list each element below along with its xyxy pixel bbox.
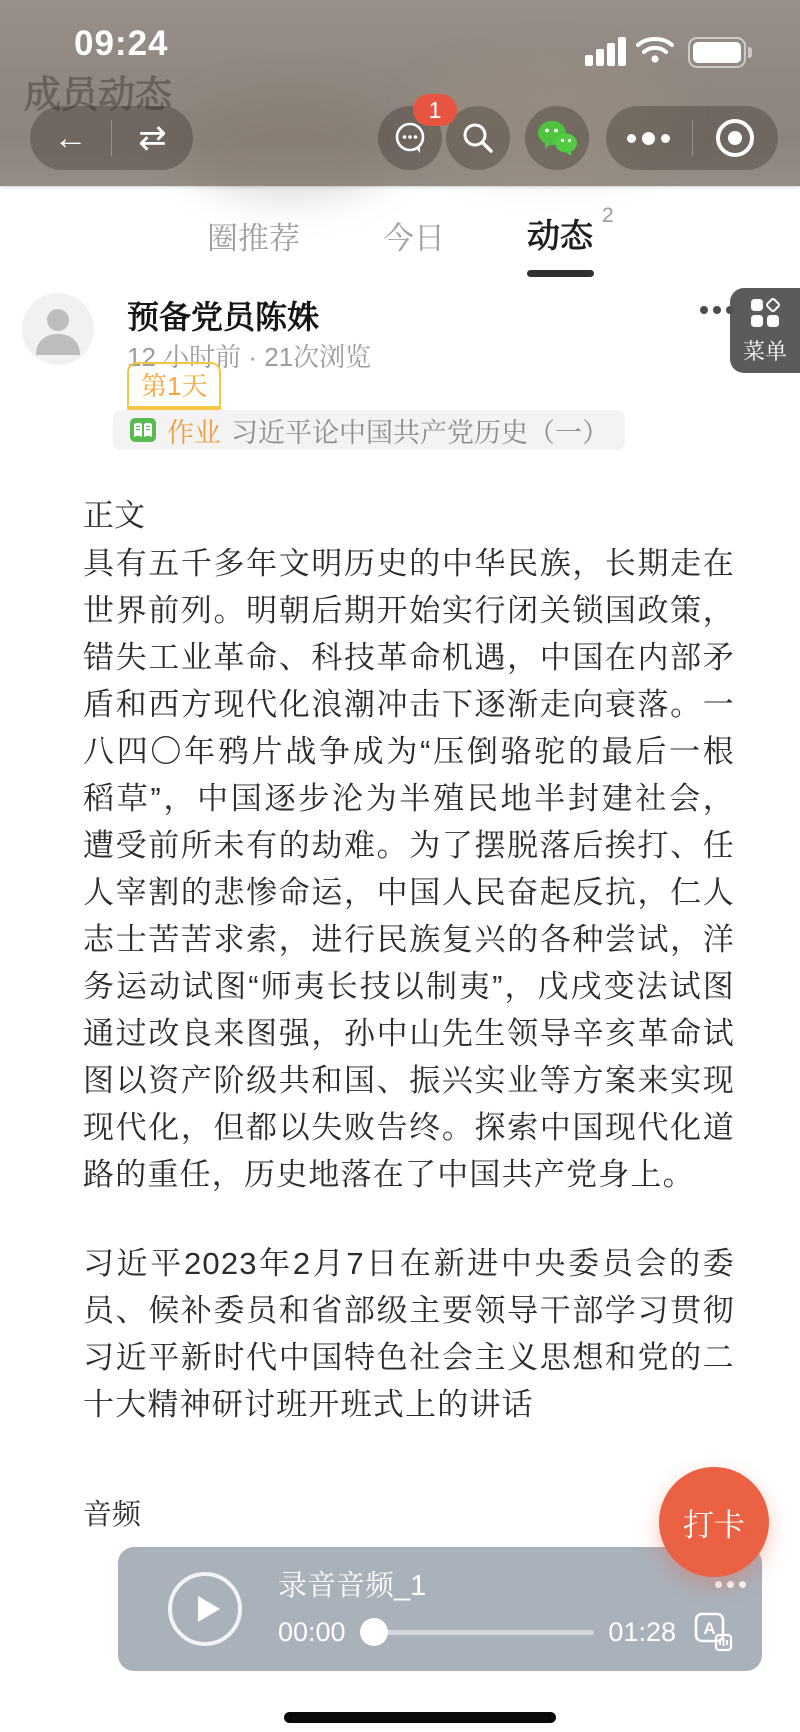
- person-silhouette-icon: [22, 293, 94, 365]
- current-time: 00:00: [278, 1617, 346, 1648]
- nav-left-capsule: ← ⇄: [30, 106, 193, 170]
- active-tab-underline: [527, 270, 594, 277]
- article-paragraph: 习近平2023年2月7日在新进中央委员会的委员、候补委员和省部级主要领导干部学习…: [83, 1240, 735, 1428]
- seek-thumb[interactable]: [360, 1618, 388, 1646]
- switch-arrows-icon: ⇄: [138, 121, 167, 155]
- search-icon: [460, 120, 496, 156]
- audio-to-text-icon[interactable]: A: [690, 1609, 736, 1655]
- seek-track: [372, 1630, 595, 1635]
- audio-section-label: 音频: [83, 1492, 141, 1533]
- home-indicator-bar: [284, 1712, 556, 1723]
- play-icon: [198, 1596, 220, 1622]
- more-options-button[interactable]: [606, 106, 692, 170]
- close-miniprogram-button[interactable]: [693, 106, 779, 170]
- post-options-button[interactable]: [700, 306, 734, 314]
- back-arrow-icon: ←: [54, 121, 88, 155]
- app-header: 成员动态 09:24 ← ⇄: [0, 0, 800, 186]
- tab-moments-count: 2: [602, 204, 614, 228]
- wifi-icon: [636, 36, 674, 69]
- avatar[interactable]: [22, 293, 94, 365]
- audio-title: 录音音频_1: [278, 1563, 426, 1604]
- audio-more-dots-icon[interactable]: [715, 1581, 746, 1588]
- day-badge: 第1天: [127, 362, 221, 416]
- tab-today[interactable]: 今日: [383, 213, 445, 258]
- tab-moments[interactable]: 动态: [527, 210, 593, 257]
- wechat-share-button[interactable]: [525, 106, 589, 170]
- tag-label: 作业: [167, 411, 221, 450]
- duration: 01:28: [608, 1617, 676, 1648]
- menu-label: 菜单: [743, 335, 787, 366]
- record-circle-icon: [716, 119, 754, 157]
- app-screen: 成员动态 09:24 ← ⇄: [0, 0, 800, 1732]
- signal-strength-icon: [585, 37, 627, 66]
- grid-menu-icon: [748, 296, 782, 330]
- wechat-logo-icon: [535, 118, 579, 158]
- play-button[interactable]: [168, 1572, 242, 1646]
- tag-title: 习近平论中国共产党历史（一）: [231, 411, 609, 450]
- audio-player-card: 录音音频_1 00:00 01:28 A: [118, 1547, 762, 1671]
- author-name: 预备党员陈姝: [127, 292, 319, 338]
- checkin-button[interactable]: 打卡: [659, 1467, 769, 1577]
- miniprogram-capsule: [606, 106, 778, 170]
- menu-side-button[interactable]: 菜单: [730, 288, 800, 373]
- ellipsis-icon: [627, 132, 670, 145]
- back-button[interactable]: ←: [30, 106, 111, 170]
- seek-bar[interactable]: [360, 1618, 595, 1646]
- body-section-label: 正文: [83, 490, 145, 535]
- header-blur-blob: [180, 90, 400, 200]
- unread-count-badge: 1: [413, 94, 457, 126]
- homework-tag-chip[interactable]: 作业 习近平论中国共产党历史（一）: [113, 410, 625, 450]
- battery-icon: [688, 37, 746, 68]
- book-icon: [129, 417, 157, 443]
- article-paragraph: 具有五千多年文明历史的中华民族，长期走在世界前列。明朝后期开始实行闭关锁国政策，…: [83, 540, 735, 1198]
- status-time: 09:24: [74, 24, 169, 64]
- tab-circle-recommend[interactable]: 圈推荐: [207, 213, 300, 258]
- svg-text:A: A: [703, 1619, 715, 1638]
- switch-button[interactable]: ⇄: [112, 106, 193, 170]
